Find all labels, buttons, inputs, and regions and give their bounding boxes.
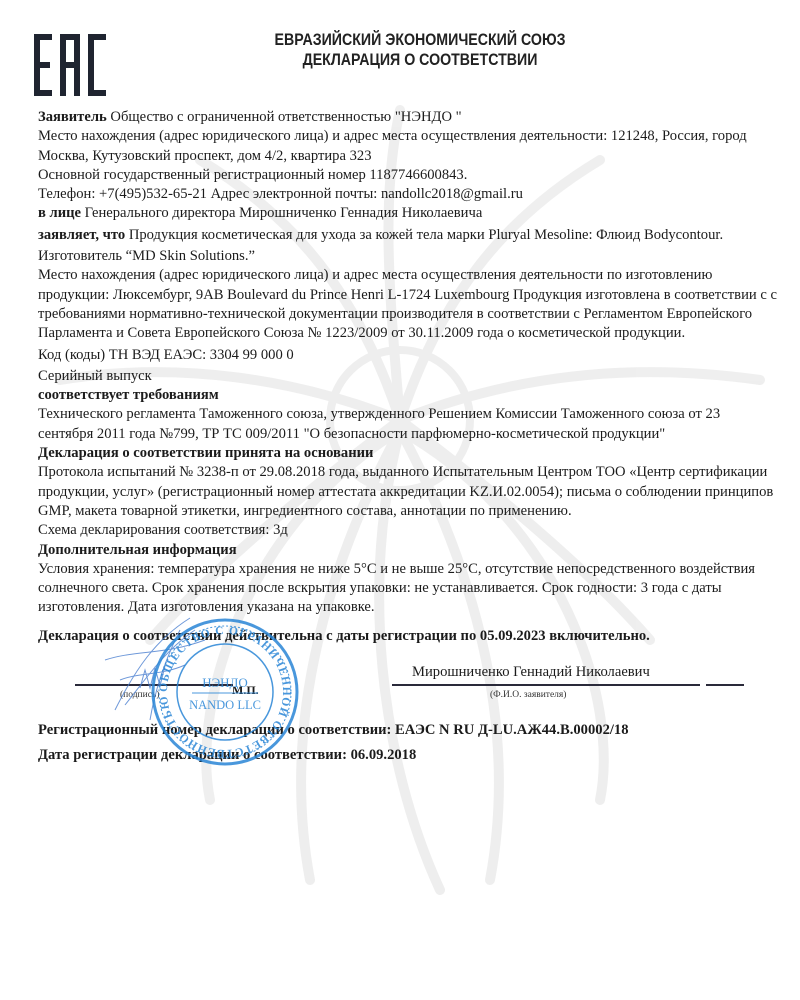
seal-center-latin: NANDO LLC [189,698,261,712]
signer-name-line [392,684,700,686]
signer-caption: (Ф.И.О. заявителя) [490,690,566,700]
signature-block: Декларация о соответствии действительна … [0,0,800,1000]
svg-text:ОБЩЕСТВО С ОГРАНИЧЕННОЙ ОТВЕТС: ОБЩЕСТВО С ОГРАНИЧЕННОЙ ОТВЕТСТВЕННОСТЬЮ [158,625,292,759]
signer-name: Мирошниченко Геннадий Николаевич [412,664,650,681]
company-seal: ОБЩЕСТВО С ОГРАНИЧЕННОЙ ОТВЕТСТВЕННОСТЬЮ… [150,617,300,767]
seal-ring-text: ОБЩЕСТВО С ОГРАНИЧЕННОЙ ОТВЕТСТВЕННОСТЬЮ [158,625,292,759]
signer-name-line-end [706,684,744,686]
seal-center-name: НЭНДО [202,675,248,690]
